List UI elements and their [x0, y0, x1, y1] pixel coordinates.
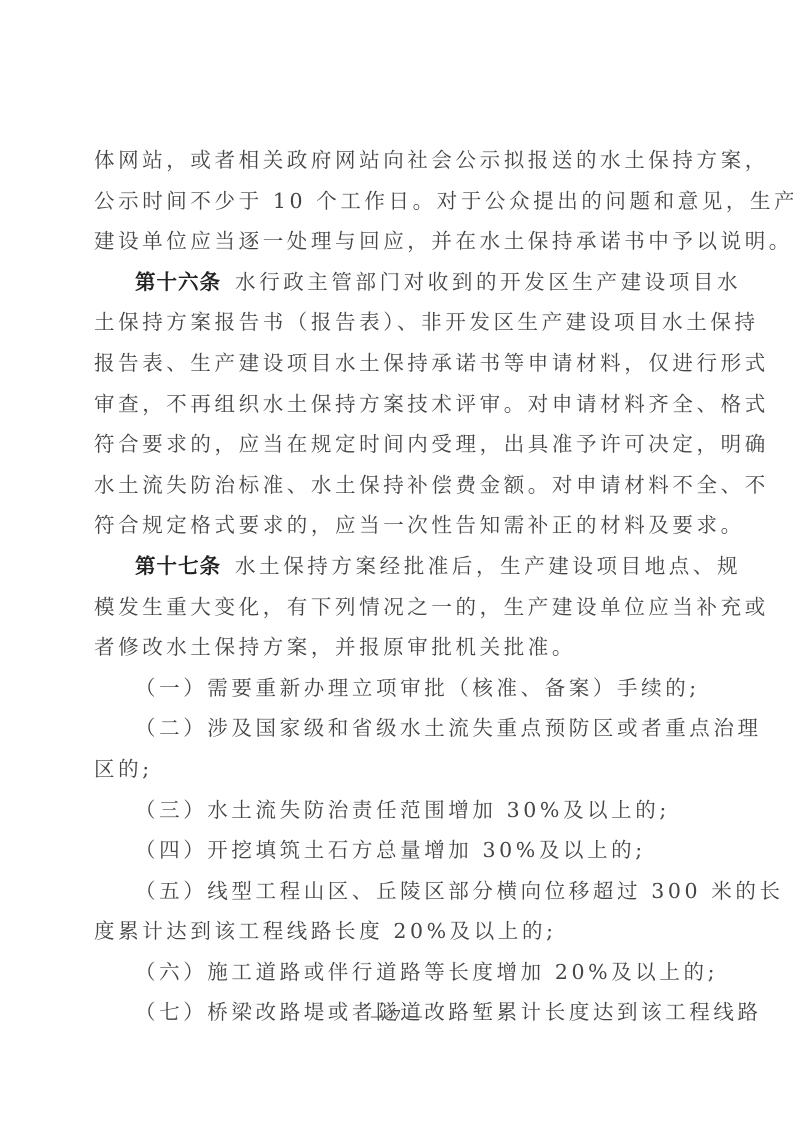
text-line: 体网站，或者相关政府网站向社会公示拟报送的水土保持方案， [94, 140, 700, 181]
text-line: 符合规定格式要求的，应当一次性告知需补正的材料及要求。 [94, 505, 700, 546]
text-line: 度累计达到该工程线路长度 20%及以上的; [94, 911, 700, 952]
text-line: 符合要求的，应当在规定时间内受理，出具准予许可决定，明确 [94, 424, 700, 465]
list-item: （四）开挖填筑土石方总量增加 30%及以上的; [94, 830, 700, 871]
list-item: （一）需要重新办理立项审批（核准、备案）手续的; [94, 668, 700, 709]
text-line: 区的; [94, 749, 700, 790]
text-line: 建设单位应当逐一处理与回应，并在水土保持承诺书中予以说明。 [94, 221, 700, 262]
text-line: 者修改水土保持方案，并报原审批机关批准。 [94, 627, 700, 668]
article-16-heading-line: 第十六条水行政主管部门对收到的开发区生产建设项目水 [94, 262, 700, 303]
list-item: （二）涉及国家级和省级水土流失重点预防区或者重点治理 [94, 708, 700, 749]
text-line: 报告表、生产建设项目水土保持承诺书等申请材料，仅进行形式 [94, 343, 700, 384]
text-line: 公示时间不少于 10 个工作日。对于公众提出的问题和意见，生产 [94, 181, 700, 222]
article-heading: 第十七条 [135, 554, 221, 578]
text-line: 土保持方案报告书（报告表）、非开发区生产建设项目水土保持 [94, 302, 700, 343]
text-line: 模发生重大变化，有下列情况之一的，生产建设单位应当补充或 [94, 587, 700, 628]
document-body: 体网站，或者相关政府网站向社会公示拟报送的水土保持方案， 公示时间不少于 10 … [94, 140, 700, 1033]
list-item: （三）水土流失防治责任范围增加 30%及以上的; [94, 790, 700, 831]
text-line: 水土流失防治标准、水土保持补偿费金额。对申请材料不全、不 [94, 465, 700, 506]
article-heading: 第十六条 [135, 270, 221, 294]
text-line: 审查，不再组织水土保持方案技术评审。对申请材料齐全、格式 [94, 384, 700, 425]
list-item: （六）施工道路或伴行道路等长度增加 20%及以上的; [94, 952, 700, 993]
list-item: （五）线型工程山区、丘陵区部分横向位移超过 300 米的长 [94, 871, 700, 912]
article-17-heading-line: 第十七条水土保持方案经批准后，生产建设项目地点、规 [94, 546, 700, 587]
page-number: — 7 — [0, 1006, 793, 1026]
